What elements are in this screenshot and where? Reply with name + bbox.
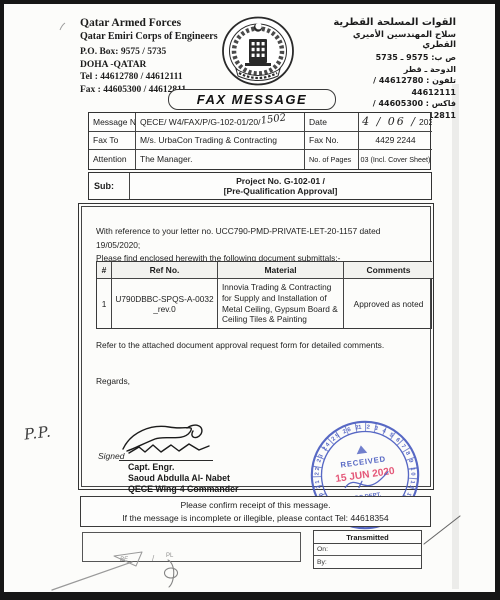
stray-pen-marks bbox=[56, 20, 100, 34]
handwritten-signature bbox=[115, 421, 217, 461]
header-arabic: القوات المسلحة القطرية سلاح المهندسين ال… bbox=[326, 17, 456, 121]
material-line: Ceiling Tiles & Painting bbox=[222, 314, 307, 325]
message-no-handwritten: 1502 bbox=[261, 113, 288, 127]
subject-line2: [Pre-Qualification Approval] bbox=[224, 186, 338, 197]
subject-label: Sub: bbox=[89, 173, 130, 199]
date-handwritten: 14 / 06 / bbox=[359, 115, 417, 128]
pen-tick-mark bbox=[418, 512, 466, 552]
org-name-en: Qatar Armed Forces bbox=[80, 17, 218, 29]
tel-en: Tel : 44612780 / 44612111 bbox=[80, 71, 218, 84]
regards-text: Regards, bbox=[96, 376, 130, 386]
subject-line1: Project No. G-102-01 / bbox=[236, 176, 325, 187]
pages-label: No. of Pages bbox=[305, 150, 359, 169]
transmitted-by-row: By: bbox=[314, 556, 421, 568]
col-header-material: Material bbox=[218, 262, 344, 279]
city-ar: الدوحة ـ قطر bbox=[326, 64, 456, 76]
material-line: for Supply and Installation of bbox=[222, 293, 327, 304]
date-year: 2020 bbox=[419, 117, 432, 127]
date-label: Date bbox=[305, 113, 359, 132]
refer-note: Refer to the attached document approval … bbox=[96, 340, 384, 350]
message-no-label: Message No. bbox=[89, 113, 136, 132]
pages-value: 03 (Incl. Cover Sheet) bbox=[359, 150, 432, 169]
ref-line2: _rev.0 bbox=[153, 304, 175, 314]
date-value: 14 / 06 / 2020 bbox=[359, 113, 432, 132]
confirm-line2: If the message is incomplete or illegibl… bbox=[122, 512, 388, 525]
ref-line1: U790DBBC-SPQS-A-0032 bbox=[115, 294, 213, 304]
attention-value: The Manager. bbox=[136, 150, 305, 169]
fax-message-title: FAX MESSAGE bbox=[168, 89, 336, 110]
confirm-receipt-box: Please confirm receipt of this message. … bbox=[80, 496, 431, 527]
fax-to-label: Fax To bbox=[89, 132, 136, 151]
attention-label: Attention bbox=[89, 150, 136, 169]
transmitted-table: Transmitted On: By: bbox=[313, 530, 422, 569]
material-line: Innovia Trading & Contracting bbox=[222, 282, 331, 293]
paper-sheet: Qatar Armed Forces Qatar Emiri Corps of … bbox=[4, 4, 495, 592]
fax-no-value: 4429 2244 bbox=[359, 132, 432, 151]
signatory-title: QECE Wing-4 Commander bbox=[128, 484, 238, 495]
po-box-en: P.O. Box: 9575 / 5735 bbox=[80, 46, 218, 59]
submittals-table: # Ref No. Material Comments 1 U790DBBC-S… bbox=[96, 261, 432, 329]
signatory-rank: Capt. Engr. bbox=[128, 462, 238, 473]
signature-line bbox=[119, 460, 213, 461]
tel-ar: تلفون : 44612780 / 44612111 bbox=[326, 75, 456, 98]
col-header-num: # bbox=[97, 262, 112, 279]
dept-name-en: Qatar Emiri Corps of Engineers bbox=[80, 31, 218, 42]
header-english: Qatar Armed Forces Qatar Emiri Corps of … bbox=[80, 17, 218, 96]
subject-value: Project No. G-102-01 / [Pre-Qualificatio… bbox=[130, 173, 431, 199]
reference-paragraph: With reference to your letter no. UCC790… bbox=[96, 225, 424, 266]
city-en: DOHA -QATAR bbox=[80, 59, 218, 72]
message-no-value: QECE/ W4/FAX/P/G-102-01/20/ 1502 bbox=[136, 113, 305, 132]
initials-slash: / bbox=[152, 554, 155, 563]
material-line: Metal Ceiling, Gypsum Board & bbox=[222, 304, 338, 315]
col-header-comments: Comments bbox=[344, 262, 433, 279]
row-material: Innovia Trading & Contracting for Supply… bbox=[218, 279, 344, 328]
confirm-line1: Please confirm receipt of this message. bbox=[181, 499, 331, 512]
fax-to-value: M/s. UrbaCon Trading & Contracting bbox=[136, 132, 305, 151]
bottom-initials-scrawl: BE / PL bbox=[48, 546, 200, 592]
signatory-name: Saoud Abdulla Al- Nabet bbox=[128, 473, 238, 484]
fax-info-table: Message No. QECE/ W4/FAX/P/G-102-01/20/ … bbox=[88, 112, 431, 170]
signatory-block: Capt. Engr. Saoud Abdulla Al- Nabet QECE… bbox=[128, 462, 238, 494]
message-no-printed: QECE/ W4/FAX/P/G-102-01/20/ bbox=[140, 117, 260, 127]
pp-margin-note: P.P. bbox=[23, 422, 53, 443]
po-box-ar: ص ب: 9575 ـ 5735 bbox=[326, 52, 456, 64]
row-comments: Approved as noted bbox=[344, 279, 433, 328]
row-ref: U790DBBC-SPQS-A-0032 _rev.0 bbox=[112, 279, 218, 328]
reference-line1: With reference to your letter no. UCC790… bbox=[96, 225, 424, 252]
initials-right-text: PL bbox=[166, 553, 174, 559]
fax-no-label: Fax No. bbox=[305, 132, 359, 151]
col-header-ref: Ref No. bbox=[112, 262, 218, 279]
subject-table: Sub: Project No. G-102-01 / [Pre-Qualifi… bbox=[88, 172, 432, 200]
scanned-fax-document: Qatar Armed Forces Qatar Emiri Corps of … bbox=[0, 0, 500, 600]
row-num: 1 bbox=[97, 279, 112, 328]
dept-name-ar: سلاح المهندسين الأميري القطري bbox=[326, 30, 456, 50]
initials-left-text: BE bbox=[120, 557, 129, 563]
transmitted-title: Transmitted bbox=[314, 531, 421, 544]
fax-message-title-text: FAX MESSAGE bbox=[197, 92, 307, 107]
org-name-ar: القوات المسلحة القطرية bbox=[326, 17, 456, 28]
transmitted-on-row: On: bbox=[314, 544, 421, 556]
corps-emblem-icon bbox=[218, 13, 298, 89]
